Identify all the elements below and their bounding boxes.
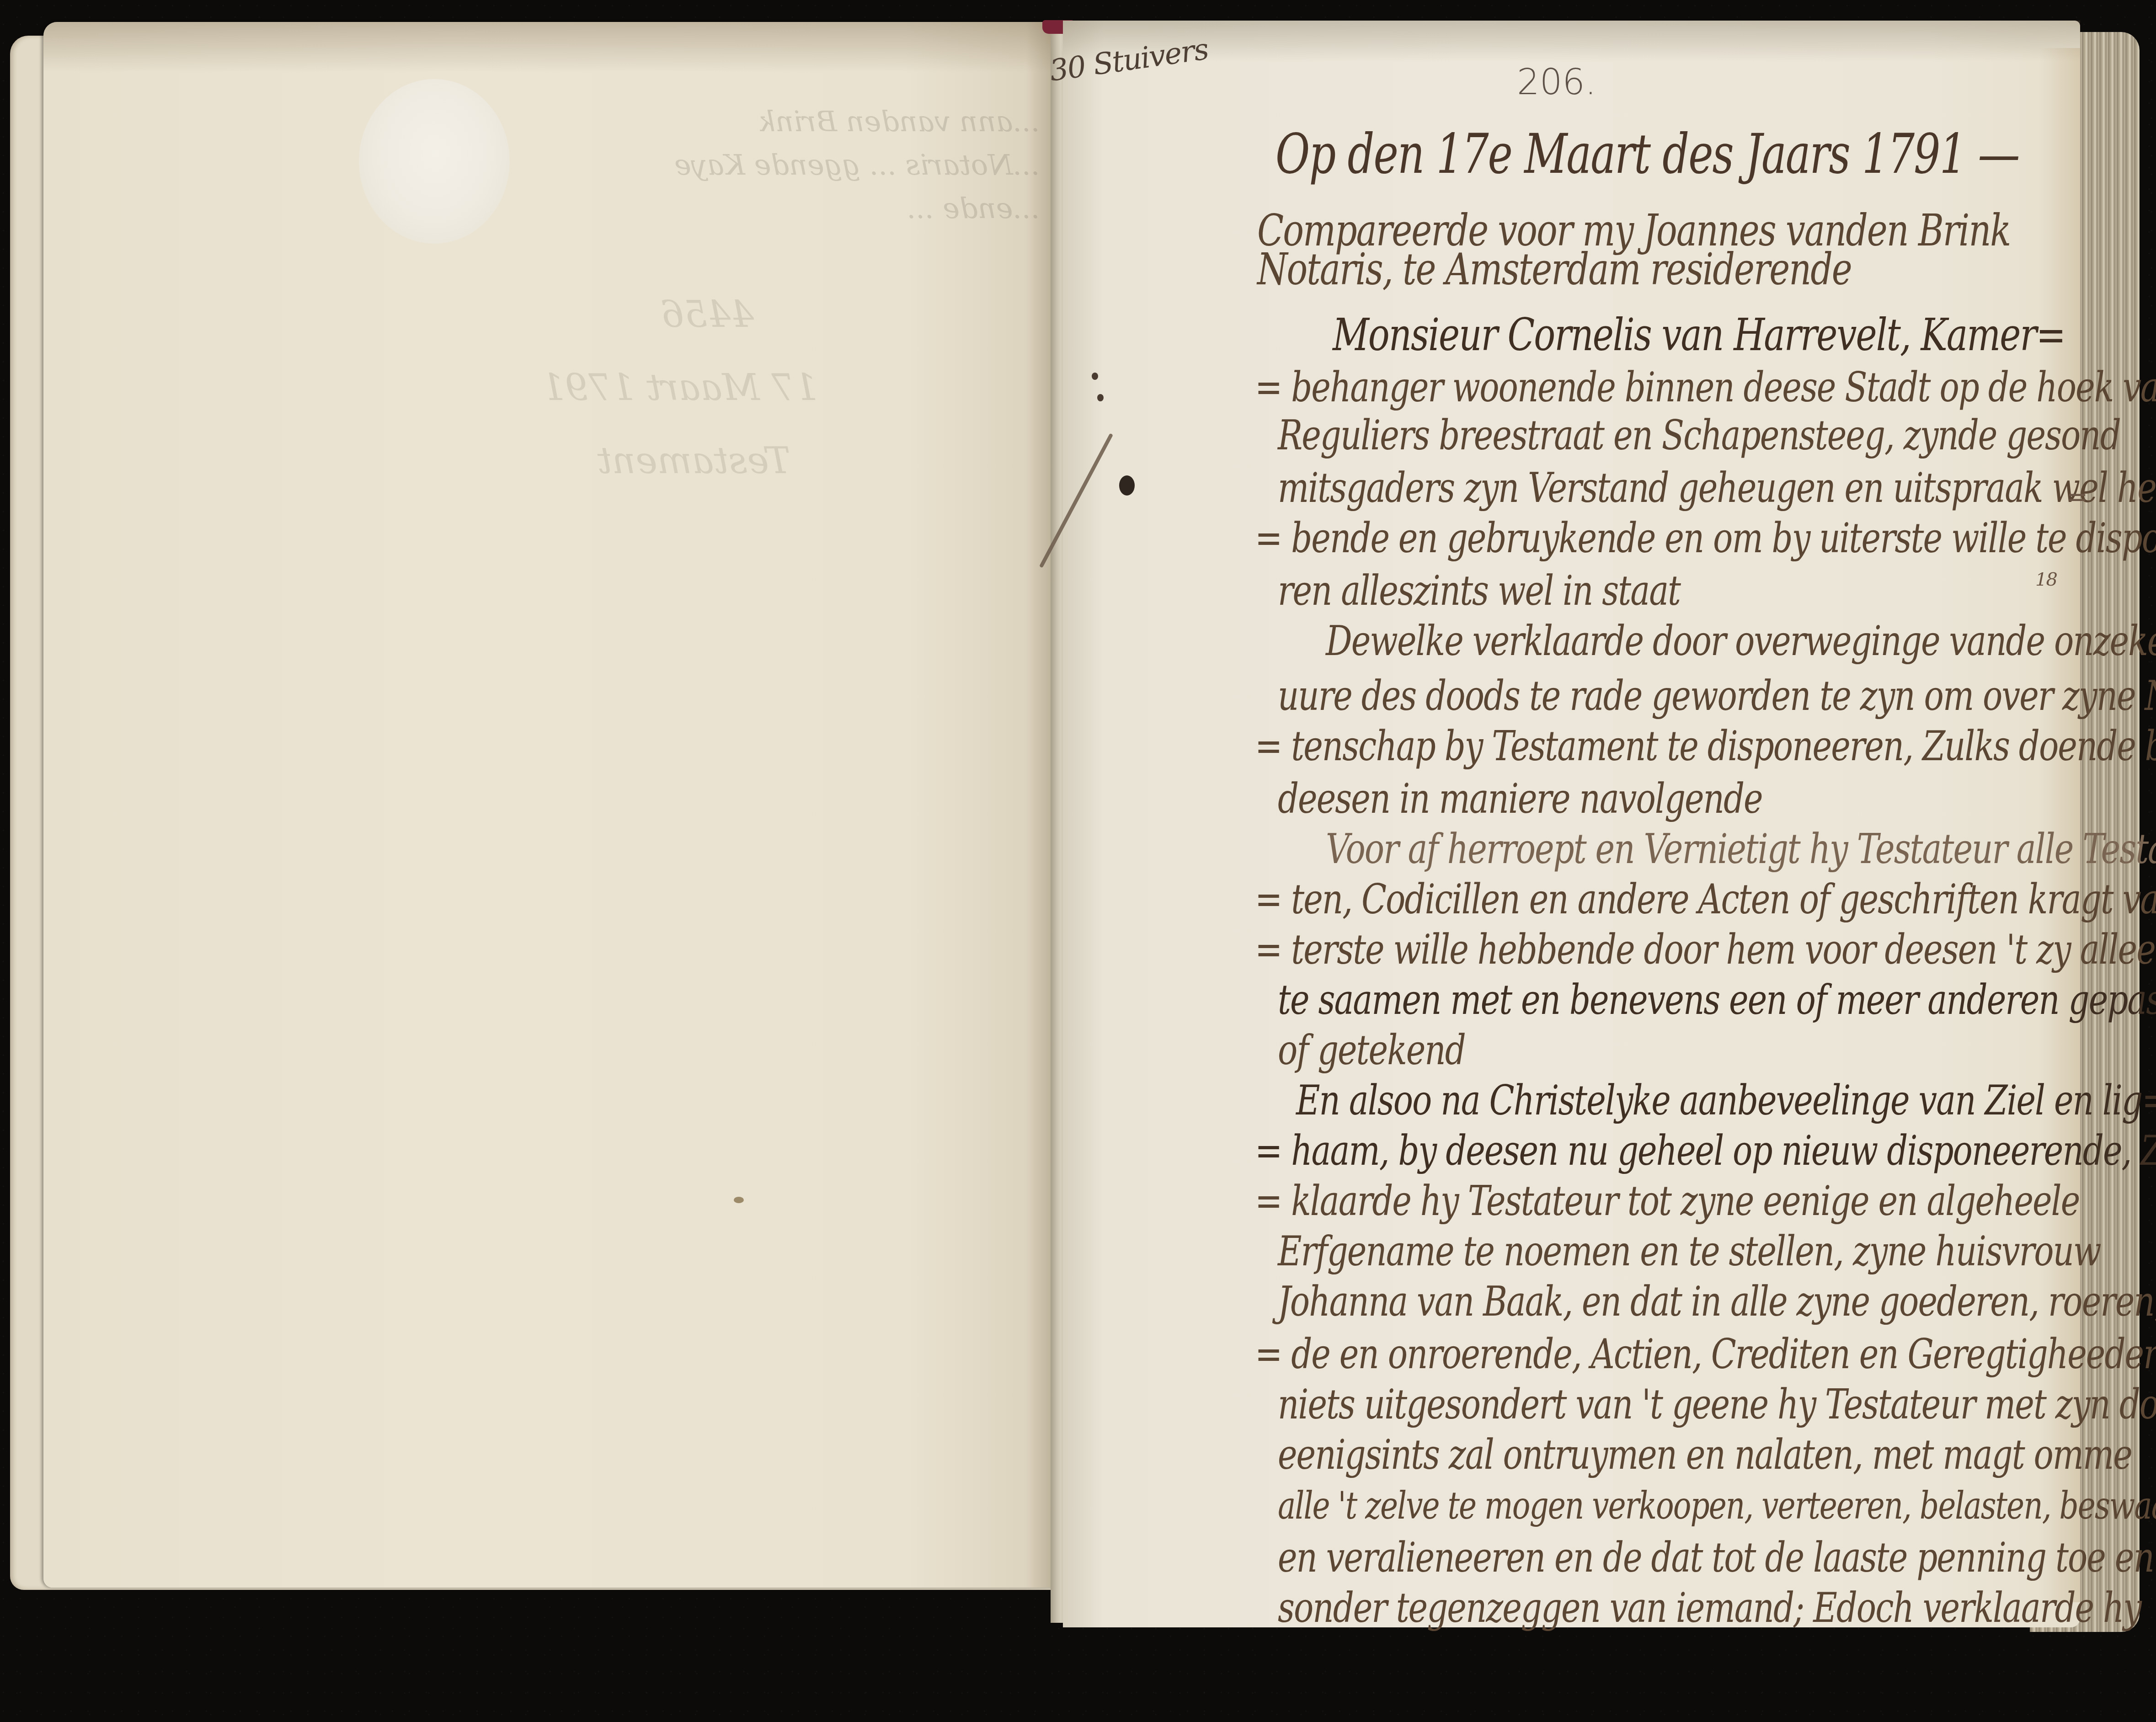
text-line: uure des doods te rade geworden te zyn o… — [1278, 672, 2156, 720]
text-line: = bende en gebruykende en om by uiterste… — [1255, 514, 2156, 562]
bleed-line: Testament — [542, 424, 818, 497]
text-line: = terste wille hebbende door hem voor de… — [1255, 925, 2156, 973]
bleed-through-text: ...ann vanden Brink ...Notaris ... ggend… — [674, 100, 1040, 230]
text-line: = tenschap by Testament te disponeeren, … — [1255, 722, 2156, 770]
text-line: Reguliers breestraat en Schapensteeg, zy… — [1278, 411, 2120, 459]
bleed-through-annotation: 4456 17 Maart 1791 Testament — [542, 278, 818, 497]
text-line: Monsieur Cornelis van Harrevelt, Kamer= — [1333, 310, 2065, 362]
text-line: deesen in maniere navolgende — [1278, 774, 1762, 822]
ink-speck — [1097, 394, 1104, 401]
text-line: ren alleszints wel in staat — [1278, 566, 1680, 614]
right-margin-equals-mark: = — [2066, 482, 2087, 512]
text-line: Voor af herroept en Vernietigt hy Testat… — [1326, 825, 2156, 873]
paper-speck — [734, 1197, 744, 1203]
text-line: alle 't zelve te mogen verkoopen, vertee… — [1278, 1484, 2156, 1528]
text-line: = klaarde hy Testateur tot zyne eenige e… — [1255, 1177, 2079, 1225]
text-line: sonder tegenzeggen van iemand; Edoch ver… — [1278, 1583, 2141, 1631]
page-number: 206. — [1517, 62, 1596, 103]
text-line: = ten, Codicillen en andere Acten of ges… — [1255, 875, 2156, 923]
ink-blot — [1119, 475, 1135, 496]
text-line: = de en onroerende, Actien, Crediten en … — [1255, 1330, 2156, 1378]
bleed-line: ...ann vanden Brink — [674, 100, 1040, 143]
bleed-line: 4456 — [542, 278, 818, 351]
text-line: mitsgaders zyn Verstand geheugen en uits… — [1278, 464, 2156, 512]
deed-date-line: Op den 17e Maart des Jaars 1791 — — [1275, 123, 2019, 186]
text-line: niets uitgesondert van 't geene hy Testa… — [1278, 1380, 2156, 1428]
text-line: en veralieneeren en de dat tot de laaste… — [1278, 1533, 2154, 1581]
text-line: Johanna van Baak, en dat in alle zyne go… — [1278, 1277, 2156, 1325]
blind-stamp-seal-icon — [359, 79, 510, 244]
bleed-line: 17 Maart 1791 — [542, 351, 818, 424]
text-line: = haam, by deesen nu geheel op nieuw dis… — [1255, 1126, 2156, 1174]
text-line: Notaris, te Amsterdam residerende — [1257, 244, 1852, 294]
left-page: ...ann vanden Brink ...Notaris ... ggend… — [43, 22, 1056, 1588]
bleed-line: ...Notaris ... ggende Kaye — [674, 143, 1040, 187]
right-margin-numeral: 18 — [2035, 569, 2057, 590]
text-line: eenigsints zal ontruymen en nalaten, met… — [1278, 1430, 2132, 1478]
text-line: Dewelke verklaarde door overweginge vand… — [1326, 617, 2156, 665]
text-line: En alsoo na Christelyke aanbeveelinge va… — [1296, 1076, 2156, 1124]
bleed-line: ...ende ... — [674, 187, 1040, 230]
ink-speck — [1092, 373, 1098, 380]
text-line: = behanger woonende binnen deese Stadt o… — [1255, 363, 2156, 411]
bleed-through-text — [1154, 249, 1164, 302]
text-line: te saamen met en benevens een of meer an… — [1278, 976, 2156, 1024]
text-line: Erfgename te noemen en te stellen, zyne … — [1278, 1227, 2101, 1275]
text-line: of getekend — [1278, 1026, 1465, 1074]
